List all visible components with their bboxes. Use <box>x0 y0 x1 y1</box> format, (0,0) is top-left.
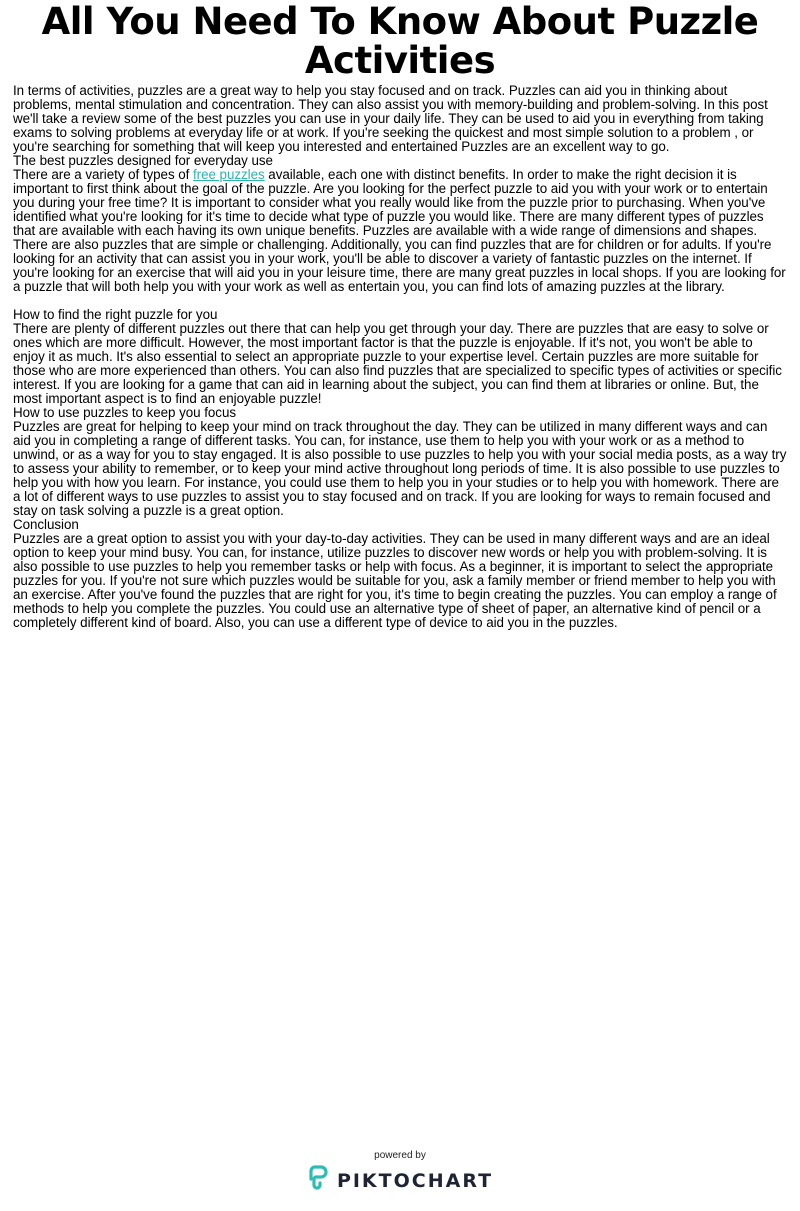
page-title: All You Need To Know About Puzzle Activi… <box>0 0 800 80</box>
section-heading: The best puzzles designed for everyday u… <box>13 154 788 168</box>
section-body: Puzzles are a great option to assist you… <box>13 532 788 630</box>
section-heading: How to use puzzles to keep you focus <box>13 406 788 420</box>
powered-by-label: powered by <box>0 1150 800 1161</box>
section-heading: Conclusion <box>13 518 788 532</box>
intro-paragraph: In terms of activities, puzzles are a gr… <box>13 84 788 154</box>
piktochart-brand-link[interactable]: PIKTOCHART <box>307 1165 493 1196</box>
brand-name: PIKTOCHART <box>337 1170 493 1192</box>
article-body: In terms of activities, puzzles are a gr… <box>0 80 800 630</box>
section-body-text: available, each one with distinct benefi… <box>13 167 786 294</box>
free-puzzles-link[interactable]: free puzzles <box>193 167 265 182</box>
footer: powered by PIKTOCHART <box>0 1150 800 1196</box>
section-heading: How to find the right puzzle for you <box>13 308 788 322</box>
section-body: There are plenty of different puzzles ou… <box>13 322 788 406</box>
spacer <box>13 294 788 308</box>
section-body-text: There are a variety of types of <box>13 167 193 182</box>
section-body: There are a variety of types of free puz… <box>13 168 788 294</box>
section-body: Puzzles are great for helping to keep yo… <box>13 420 788 518</box>
piktochart-logo-icon <box>307 1165 329 1196</box>
